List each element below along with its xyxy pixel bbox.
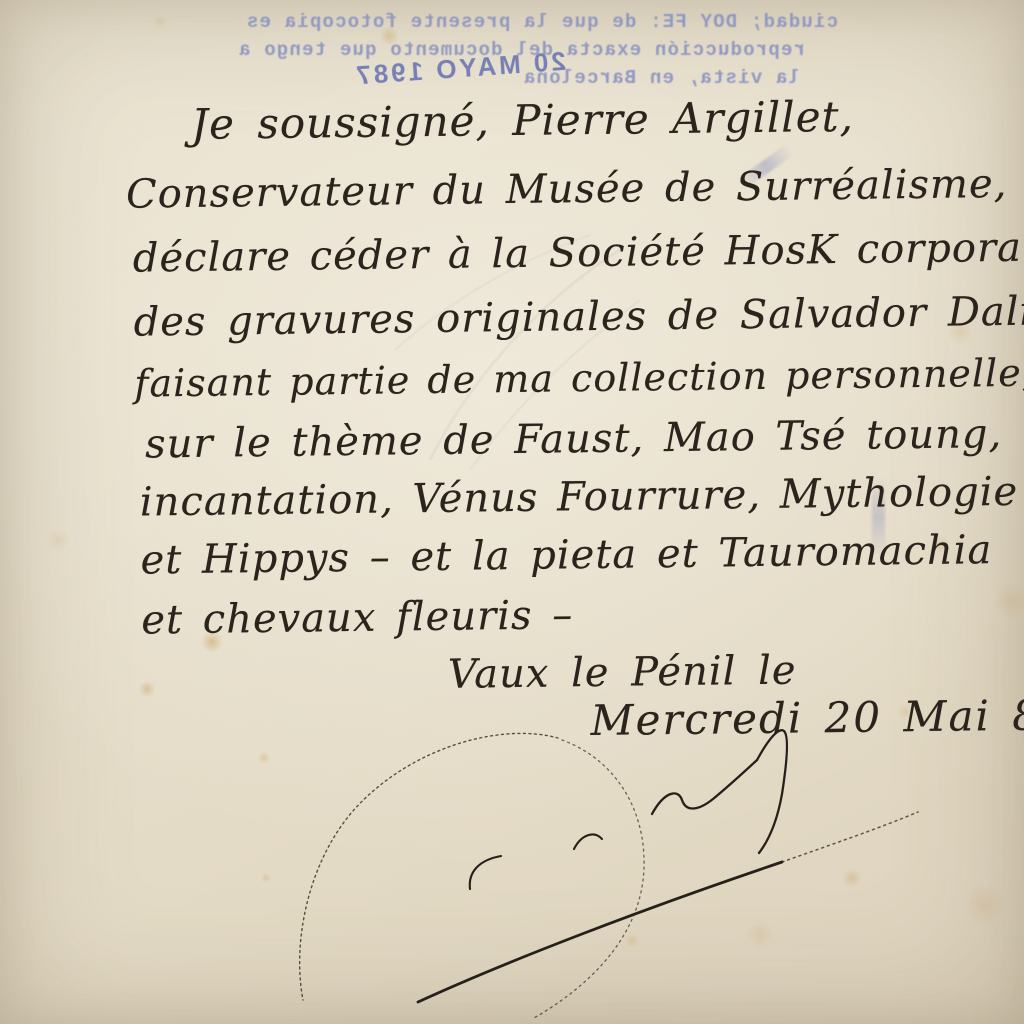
paper-background: ciudad; DOY FE: de que la presente fotoc… xyxy=(0,0,1024,1024)
handwritten-text: Je soussigné, Pierre Argillet, Conservat… xyxy=(0,0,1024,1024)
handwriting-line: Je soussigné, Pierre Argillet, xyxy=(191,92,854,149)
handwriting-line-place: Vaux le Pénil le xyxy=(448,648,797,698)
handwriting-line: et Hippys – et la pieta et Tauromachia xyxy=(140,527,992,583)
handwriting-line: faisant partie de ma collection personne… xyxy=(134,351,1024,406)
handwriting-line: incantation, Vénus Fourrure, Mythologie xyxy=(140,469,1019,526)
handwriting-line: Conservateur du Musée de Surréalisme, xyxy=(126,161,1008,218)
handwriting-line: déclare céder à la Société HosK corporat… xyxy=(133,224,1024,282)
handwriting-line-date: Mercredi 20 Mai 87 xyxy=(590,690,1024,745)
handwriting-line: sur le thème de Faust, Mao Tsé toung, xyxy=(145,411,1003,467)
handwriting-line: et chevaux fleuris – xyxy=(141,592,573,643)
handwriting-line: des gravures originales de Salvador Dali xyxy=(133,289,1024,346)
